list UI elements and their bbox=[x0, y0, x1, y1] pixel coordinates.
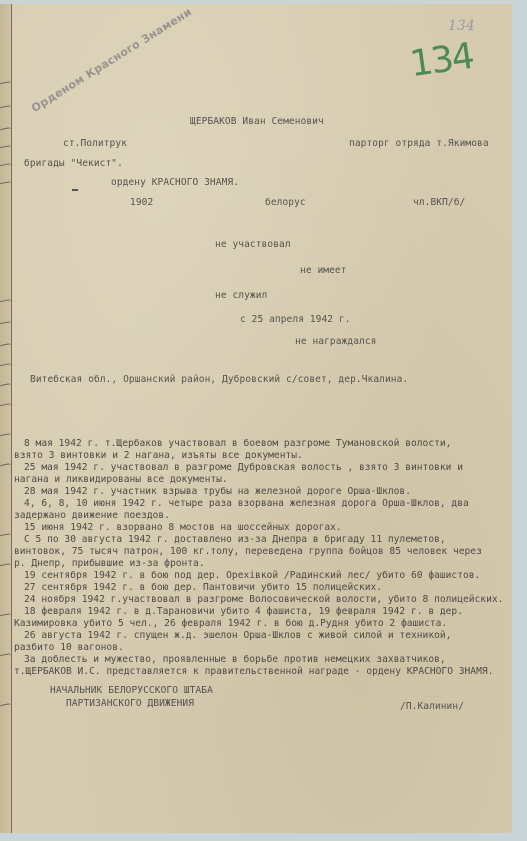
narrative-line: винтовок, 75 тысяч патрон, 100 кг.толу, … bbox=[14, 546, 482, 557]
narrative-line: т.ЩЕРБАКОВ И.С. представляется к правите… bbox=[14, 666, 493, 677]
red-army-service: не служил bbox=[215, 291, 267, 301]
signatory-name: /П.Калинин/ bbox=[400, 702, 464, 712]
award-stamp: Орденом Красного Знамени bbox=[29, 5, 194, 115]
previous-awards: не награждался bbox=[295, 337, 376, 347]
narrative-line: разбито 10 вагонов. bbox=[14, 642, 124, 653]
folio-number-ink: 134 bbox=[407, 36, 475, 85]
signatory-title-line2: ПАРТИЗАНСКОГО ДВИЖЕНИЯ bbox=[66, 699, 194, 709]
binding-edge bbox=[0, 4, 12, 833]
narrative-line: 8 мая 1942 г. т.Щербаков участвовал в бо… bbox=[24, 438, 451, 449]
home-address: Витебская обл., Оршанский район, Дубровс… bbox=[30, 375, 408, 385]
birth-year: 1902 bbox=[130, 198, 153, 208]
wounds: не имеет bbox=[300, 266, 347, 276]
narrative-line: 27 сентября 1942 г. в бою дер. Пантовичи… bbox=[24, 582, 382, 593]
position: парторг отряда т.Якимова bbox=[349, 139, 489, 149]
unit: бригады "Чекист". bbox=[24, 159, 123, 169]
narrative-line: 28 мая 1942 г. участник взрыва трубы на … bbox=[24, 486, 411, 497]
narrative-line: 26 августа 1942 г. спущен ж.д. эшелон Ор… bbox=[24, 630, 451, 641]
rank: ст.Политрук bbox=[63, 139, 127, 149]
narrative-line: нагана и ликвидированы все документы. bbox=[14, 474, 228, 485]
party-membership: чл.ВКП/б/ bbox=[413, 198, 465, 208]
narrative-line: задержано движение поездов. bbox=[14, 510, 170, 521]
dash-mark bbox=[72, 189, 78, 191]
narrative-line: 19 сентября 1942 г. в бою под дер. Орехі… bbox=[24, 570, 480, 581]
narrative-line: За доблесть и мужество, проявленные в бо… bbox=[24, 654, 446, 665]
civil-war-participation: не участвовал bbox=[215, 240, 291, 250]
full-name: ЩЕРБАКОВ Иван Семенович bbox=[190, 117, 324, 127]
folio-number-pencil: 134 bbox=[448, 18, 475, 34]
narrative-line: Казимировка убито 5 чел., 26 февраля 194… bbox=[14, 618, 447, 629]
award-nominated: ордену КРАСНОГО ЗНАМЯ. bbox=[111, 178, 239, 188]
narrative-line: р. Днепр, прибывшие из-за фронта. bbox=[14, 558, 205, 569]
narrative-line: 18 февраля 1942 г. в д.Тарановичи убито … bbox=[24, 606, 463, 617]
partisan-since: с 25 апреля 1942 г. bbox=[240, 315, 351, 325]
nationality: белорус bbox=[265, 198, 306, 208]
narrative-line: 25 мая 1942 г. участвовал в разгроме Дуб… bbox=[24, 462, 463, 473]
narrative-line: 4, 6, 8, 10 июня 1942 г. четыре раза взо… bbox=[24, 498, 469, 509]
signatory-title-line1: НАЧАЛЬНИК БЕЛОРУССКОГО ШТАБА bbox=[50, 686, 213, 696]
narrative-line: 15 июня 1942 г. взорвано 8 мостов на шос… bbox=[24, 522, 342, 533]
narrative-line: 24 ноября 1942 г.участвовал в разгроме В… bbox=[24, 594, 503, 605]
narrative-line: С 5 по 30 августа 1942 г. доставлено из-… bbox=[24, 534, 446, 545]
narrative-line: взято 3 винтовки и 2 нагана, изъяты все … bbox=[14, 450, 303, 461]
